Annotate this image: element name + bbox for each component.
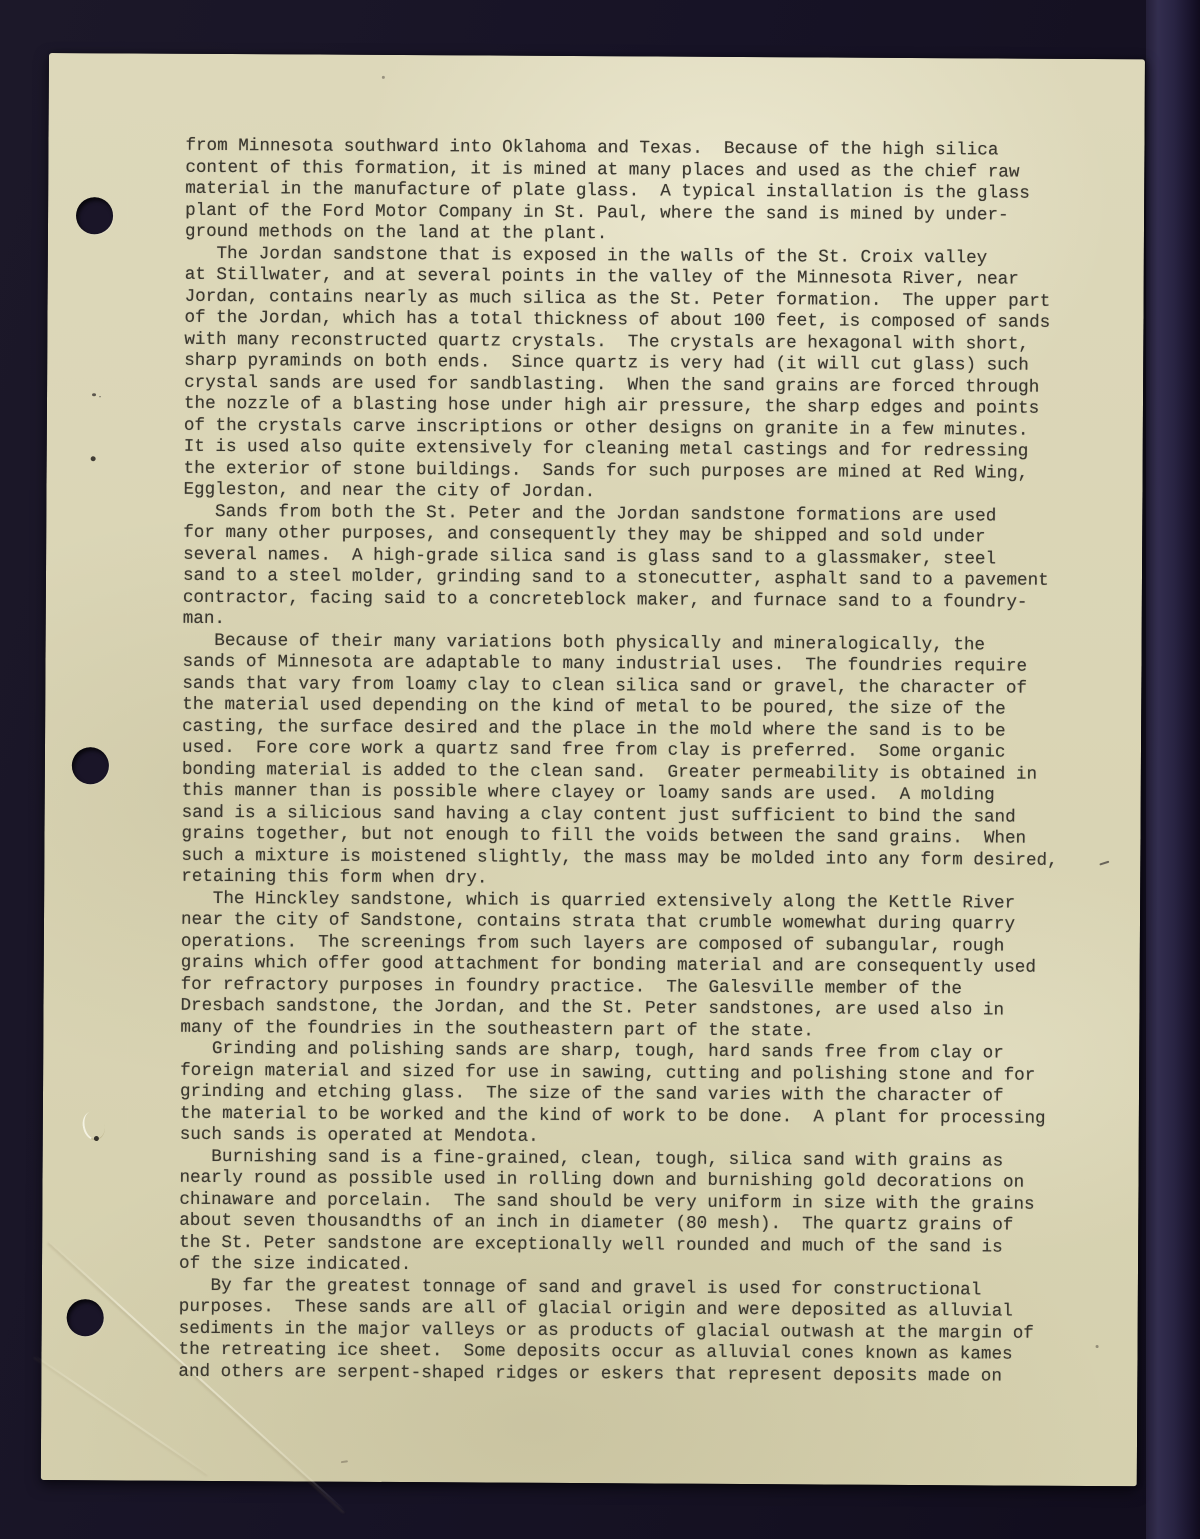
scan-background: from Minnesota southward into Oklahoma a…	[0, 0, 1200, 1539]
book-spine-edge	[1146, 0, 1200, 1539]
punch-hole-bottom	[67, 1299, 104, 1336]
pencil-mark	[382, 76, 385, 79]
paper-dimple-mark	[80, 1109, 108, 1142]
document-page: from Minnesota southward into Oklahoma a…	[41, 53, 1145, 1486]
typewritten-text: from Minnesota southward into Oklahoma a…	[178, 136, 1061, 1388]
pencil-mark	[92, 393, 96, 396]
pencil-mark	[341, 1460, 348, 1463]
pencil-mark	[91, 456, 96, 461]
pencil-mark	[1099, 861, 1109, 866]
pencil-mark	[1096, 1345, 1099, 1348]
punch-hole-top	[76, 197, 113, 234]
punch-hole-middle	[72, 747, 109, 784]
